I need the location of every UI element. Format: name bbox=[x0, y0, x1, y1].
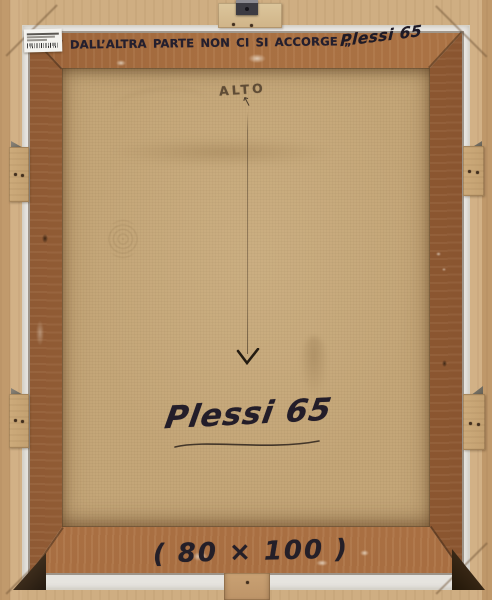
label-print-line bbox=[27, 36, 55, 38]
canvas-back: ALTO ↑ Plessi 65 bbox=[62, 68, 430, 527]
screw-icon bbox=[476, 171, 479, 174]
wood-knot bbox=[442, 360, 447, 367]
canvas-stain-horizontal bbox=[108, 138, 336, 166]
wood-scuff bbox=[36, 320, 44, 346]
screw-icon bbox=[469, 422, 472, 425]
signature-flourish bbox=[172, 436, 322, 452]
artist-signature-center: Plessi 65 bbox=[162, 392, 334, 437]
screw-icon bbox=[477, 423, 480, 426]
label-print-line bbox=[27, 32, 59, 35]
screw-icon bbox=[14, 419, 17, 422]
pencil-center-line bbox=[247, 112, 248, 354]
label-print-line bbox=[27, 39, 47, 41]
spacer-block-left-lower bbox=[9, 394, 29, 448]
dimensions-inscription: ( 80 × 100 ) bbox=[146, 534, 357, 569]
spacer-block-bottom bbox=[224, 573, 270, 600]
screw-icon bbox=[14, 173, 17, 176]
canvas-smudge bbox=[300, 336, 328, 398]
spacer-block-left-upper bbox=[9, 147, 29, 202]
canvas-swirl-mark bbox=[106, 220, 140, 258]
wood-scuff bbox=[248, 54, 266, 63]
screw-icon bbox=[21, 420, 24, 423]
screw-icon bbox=[250, 24, 253, 27]
wood-scuff bbox=[116, 60, 126, 66]
hanger-hole bbox=[245, 7, 249, 11]
screw-icon bbox=[246, 581, 249, 584]
spacer-block-right-lower bbox=[463, 394, 485, 450]
wood-scuff bbox=[360, 550, 369, 556]
wood-knot bbox=[42, 234, 48, 243]
barcode-icon bbox=[27, 42, 59, 48]
check-mark bbox=[236, 348, 260, 366]
artwork-verso-photo: { "verso": { "top_inscription": "“ DALL’… bbox=[0, 0, 492, 600]
metal-hanging-bracket-icon bbox=[236, 0, 258, 15]
screw-icon bbox=[21, 174, 24, 177]
auction-barcode-label-icon bbox=[24, 29, 63, 53]
wood-scuff bbox=[442, 268, 446, 271]
screw-icon bbox=[468, 170, 471, 173]
canvas-faint-mark bbox=[110, 83, 209, 131]
wood-scuff bbox=[436, 252, 441, 256]
spacer-block-right-upper bbox=[463, 146, 484, 196]
screw-icon bbox=[232, 23, 235, 26]
